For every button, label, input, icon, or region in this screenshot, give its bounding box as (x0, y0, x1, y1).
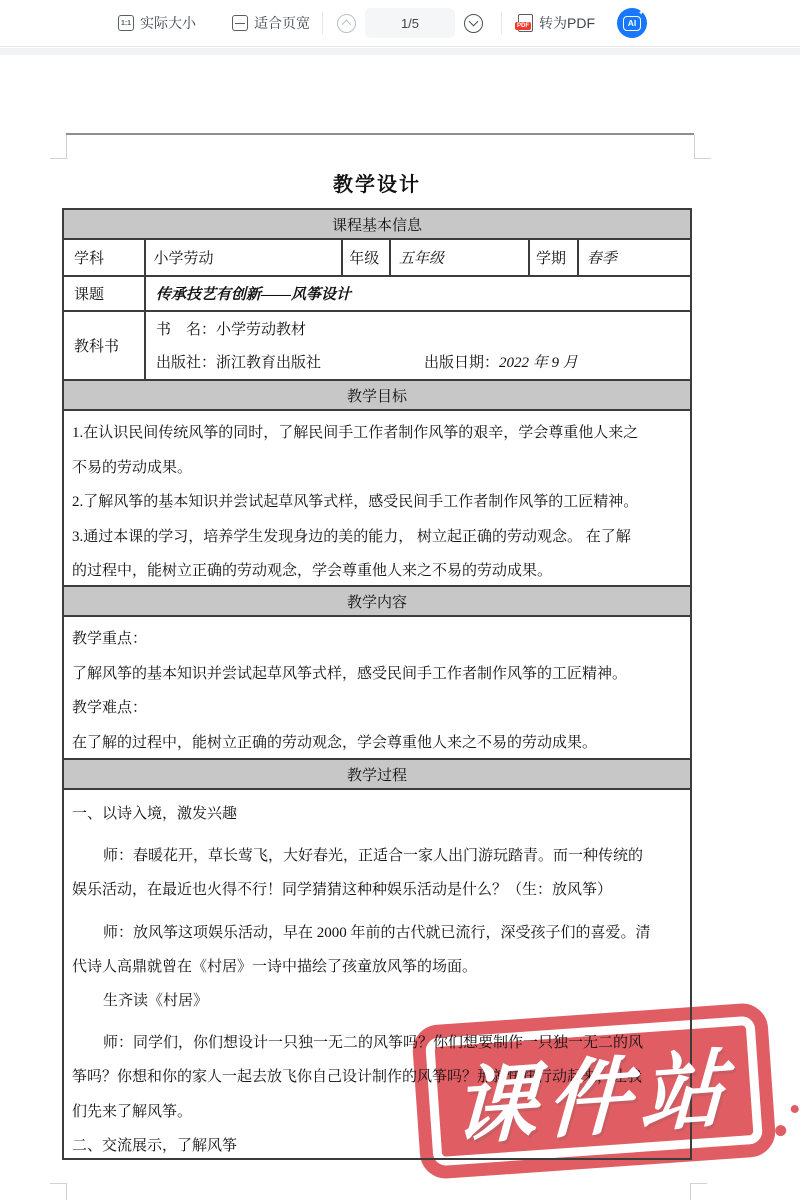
text-line: 二、交流展示，了解风筝 (72, 1129, 682, 1163)
convert-to-pdf-button[interactable]: PDF 转为PDF (518, 13, 595, 33)
text-line: 教学难点： (72, 691, 682, 726)
fit-width-icon (232, 15, 248, 31)
page-top-border (66, 133, 694, 135)
toolbar-divider (501, 12, 502, 34)
table-row-basic: 学科 小学劳动 年级 五年级 学期 春季 (64, 240, 690, 277)
viewer-toolbar: 1:1 实际大小 适合页宽 1/5 PDF 转为PDF AI ✦ (0, 0, 800, 47)
toolbar-divider (322, 12, 323, 34)
text-line: 娱乐活动，在最近也火得不行！同学猜猜这种种娱乐活动是什么？（生：放风筝） (72, 873, 682, 907)
stamp-ink-dot (790, 1105, 799, 1114)
page-corner-mark (690, 1183, 707, 1200)
text-line: 师：同学们，你们想设计一只独一无二的风筝吗？你们想要制作一只独一无二的风 (72, 1026, 682, 1060)
section-header-content: 教学内容 (64, 587, 690, 617)
content-body: 教学重点： 了解风筝的基本知识并尝试起草风筝式样，感受民间手工作者制作风筝的工匠… (64, 617, 690, 760)
actual-size-label: 实际大小 (140, 13, 196, 33)
table-row-topic: 课题 传承技艺有创新——风筝设计 (64, 277, 690, 312)
convert-to-pdf-label: 转为PDF (539, 13, 595, 33)
term-value-cell: 春季 (579, 240, 690, 275)
section-header-basic-info: 课程基本信息 (64, 210, 690, 240)
text-line: 一、以诗入境，激发兴趣 (72, 797, 682, 831)
text-line: 们先来了解风筝。 (72, 1095, 682, 1129)
text-line: 筝吗？你想和你的家人一起去放飞你自己设计制作的风筝吗？那就快快行动起来，让我 (72, 1060, 682, 1094)
text-line: 生齐读《村居》 (72, 984, 682, 1018)
text-line: 1.在认识民间传统风筝的同时，了解民间手工作者制作风筝的艰辛，学会尊重他人来之 (72, 416, 682, 451)
text-line: 不易的劳动成果。 (72, 451, 682, 486)
text-line: 师：春暖花开，草长莺飞，大好春光，正适合一家人出门游玩踏青。而一种传统的 (72, 839, 682, 873)
ai-icon: AI (623, 16, 641, 31)
section-header-label: 教学内容 (347, 591, 407, 612)
page-corner-mark (694, 135, 711, 159)
process-body: 一、以诗入境，激发兴趣 师：春暖花开，草长莺飞，大好春光，正适合一家人出门游玩踏… (64, 790, 690, 1158)
actual-size-icon: 1:1 (118, 15, 134, 31)
term-label-cell: 学期 (530, 240, 579, 275)
section-header-label: 教学目标 (347, 385, 407, 406)
textbook-value-cell: 书 名：小学劳动教材 出版社：浙江教育出版社出版日期：2022 年 9 月 (146, 312, 690, 379)
textbook-label-cell: 教科书 (64, 312, 146, 379)
table-row-textbook: 教科书 书 名：小学劳动教材 出版社：浙江教育出版社出版日期：2022 年 9 … (64, 312, 690, 381)
grade-value-cell: 五年级 (391, 240, 530, 275)
pdf-file-icon: PDF (518, 14, 533, 32)
topic-value-cell: 传承技艺有创新——风筝设计 (146, 277, 690, 310)
publisher-line: 出版社：浙江教育出版社出版日期：2022 年 9 月 (156, 347, 690, 380)
text-line: 师：放风筝这项娱乐活动，早在 2000 年前的古代就已流行，深受孩子们的喜爱。清 (72, 916, 682, 950)
topic-label-cell: 课题 (64, 277, 146, 310)
text-line: 教学重点： (72, 622, 682, 657)
text-line: 了解风筝的基本知识并尝试起草风筝式样，感受民间手工作者制作风筝的工匠精神。 (72, 657, 682, 692)
goals-body: 1.在认识民间传统风筝的同时，了解民间手工作者制作风筝的艰辛，学会尊重他人来之 … (64, 411, 690, 587)
text-line: 在了解的过程中，能树立正确的劳动观念，学会尊重他人来之不易的劳动成果。 (72, 726, 682, 761)
subject-value-cell: 小学劳动 (146, 240, 344, 275)
toolbar-shadow-strip (0, 48, 800, 55)
pdf-viewer-window: 1:1 实际大小 适合页宽 1/5 PDF 转为PDF AI ✦ (0, 0, 800, 1200)
actual-size-button[interactable]: 1:1 实际大小 (118, 13, 196, 33)
document-title: 教学设计 (62, 168, 692, 197)
pdf-badge: PDF (515, 22, 531, 30)
next-page-button[interactable] (464, 14, 483, 33)
text-line: 3.通过本课的学习，培养学生发现身边的美的能力， 树立起正确的劳动观念。 在了解 (72, 520, 682, 555)
section-header-label: 教学过程 (347, 764, 407, 785)
sparkle-icon: ✦ (638, 10, 644, 17)
page-indicator-value: 1/5 (401, 16, 419, 31)
text-line: 2.了解风筝的基本知识并尝试起草风筝式样，感受民间手工作者制作风筝的工匠精神。 (72, 485, 682, 520)
page-corner-mark (50, 1183, 67, 1200)
fit-width-label: 适合页宽 (254, 13, 310, 33)
fit-width-button[interactable]: 适合页宽 (232, 13, 310, 33)
grade-label-cell: 年级 (343, 240, 391, 275)
text-line: 代诗人高鼎就曾在《村居》一诗中描绘了孩童放风筝的场面。 (72, 950, 682, 984)
section-header-process: 教学过程 (64, 760, 690, 790)
page-corner-mark (50, 135, 67, 159)
publisher-text: 出版社：浙江教育出版社 (156, 355, 321, 371)
subject-label-cell: 学科 (64, 240, 146, 275)
page-indicator[interactable]: 1/5 (365, 8, 455, 38)
text-line: 的过程中，能树立正确的劳动观念，学会尊重他人来之不易的劳动成果。 (72, 554, 682, 589)
stamp-ink-dot (775, 1125, 787, 1137)
section-header-label: 课程基本信息 (332, 214, 422, 235)
lesson-plan-table: 课程基本信息 学科 小学劳动 年级 五年级 学期 春季 课题 传承技艺有创新——… (62, 208, 692, 1160)
pub-date-value: 2022 年 9 月 (499, 355, 578, 371)
ai-assistant-button[interactable]: AI ✦ (617, 8, 647, 38)
section-header-goals: 教学目标 (64, 381, 690, 411)
previous-page-button[interactable] (337, 14, 356, 33)
pub-date-label: 出版日期： (424, 355, 499, 371)
book-name-line: 书 名：小学劳动教材 (156, 314, 690, 347)
